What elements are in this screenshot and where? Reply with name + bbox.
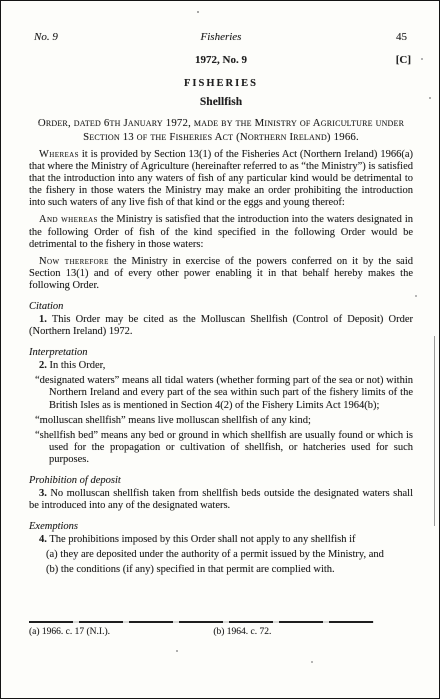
footnote-b: (b) 1964. c. 72. [213, 627, 271, 638]
scan-noise [197, 11, 199, 13]
section-heading-exemptions: Exemptions [29, 521, 413, 533]
footnote-a: (a) 1966. c. 17 (N.I.). [29, 627, 213, 638]
item-label: (a) [46, 549, 58, 560]
scan-edge-artifact [434, 336, 435, 526]
order-number: No. 9 [34, 31, 58, 43]
corner-mark: [C] [396, 54, 411, 66]
definition-shellfish-bed: “shellfish bed” means any bed or ground … [29, 430, 413, 466]
recital-text: it is provided by Section 13(1) of the F… [29, 149, 413, 208]
footnote-area: (a) 1966. c. 17 (N.I.). (b) 1964. c. 72. [29, 621, 413, 638]
recital-lead: And whereas [39, 214, 98, 225]
paragraph-number: 1. [39, 314, 47, 325]
footnote-label: (b) [213, 627, 224, 637]
footnotes: (a) 1966. c. 17 (N.I.). (b) 1964. c. 72. [29, 627, 413, 638]
item-text: they are deposited under the authority o… [60, 549, 384, 560]
recital-and-whereas: And whereas the Ministry is satisfied th… [29, 214, 413, 250]
paragraph-number: 3. [39, 488, 47, 499]
subject-title: Shellfish [29, 96, 413, 108]
year-and-number-row: 1972, No. 9 [C] [29, 54, 413, 68]
item-text: the conditions (if any) specified in tha… [61, 564, 335, 575]
exemption-item-a: (a) they are deposited under the authori… [29, 549, 413, 561]
recital-lead: Whereas [39, 149, 79, 160]
year-number: 1972, No. 9 [195, 54, 247, 66]
paragraph-number: 4. [39, 534, 47, 545]
paragraph-text: This Order may be cited as the Molluscan… [29, 314, 413, 337]
paragraph-4: 4. The prohibitions imposed by this Orde… [29, 534, 413, 546]
item-label: (b) [46, 564, 58, 575]
paragraph-text: The prohibitions imposed by this Order s… [49, 534, 355, 545]
footnote-rule [29, 621, 374, 623]
section-heading-interpretation: Interpretation [29, 347, 413, 359]
footnote-text: 1966. c. 17 (N.I.). [42, 627, 110, 637]
running-header: No. 9 Fisheries 45 [29, 31, 413, 45]
footnote-label: (a) [29, 627, 40, 637]
page-number: 45 [396, 31, 407, 43]
definition-designated-waters: “designated waters” means all tidal wate… [29, 375, 413, 411]
paragraph-text: In this Order, [50, 360, 106, 371]
definition-molluscan-shellfish: “molluscan shellfish” means live mollusc… [29, 415, 413, 427]
section-heading-prohibition: Prohibition of deposit [29, 475, 413, 487]
order-heading: Order, dated 6th January 1972, made by t… [37, 117, 406, 144]
paragraph-2: 2. In this Order, [29, 360, 413, 372]
exemption-item-b: (b) the conditions (if any) specified in… [29, 564, 413, 576]
recital-whereas: Whereas it is provided by Section 13(1) … [29, 149, 413, 209]
paragraph-1: 1. This Order may be cited as the Mollus… [29, 314, 413, 338]
recital-now-therefore: Now therefore the Ministry in exercise o… [29, 256, 413, 292]
paragraph-number: 2. [39, 360, 47, 371]
running-title: Fisheries [201, 31, 242, 43]
series-title: FISHERIES [29, 78, 413, 89]
paragraph-text: No molluscan shellfish taken from shellf… [29, 488, 413, 511]
document-page: No. 9 Fisheries 45 1972, No. 9 [C] FISHE… [0, 0, 440, 699]
paragraph-3: 3. No molluscan shellfish taken from she… [29, 488, 413, 512]
section-heading-citation: Citation [29, 301, 413, 313]
footnote-text: 1964. c. 72. [227, 627, 272, 637]
recital-lead: Now therefore [39, 256, 109, 267]
